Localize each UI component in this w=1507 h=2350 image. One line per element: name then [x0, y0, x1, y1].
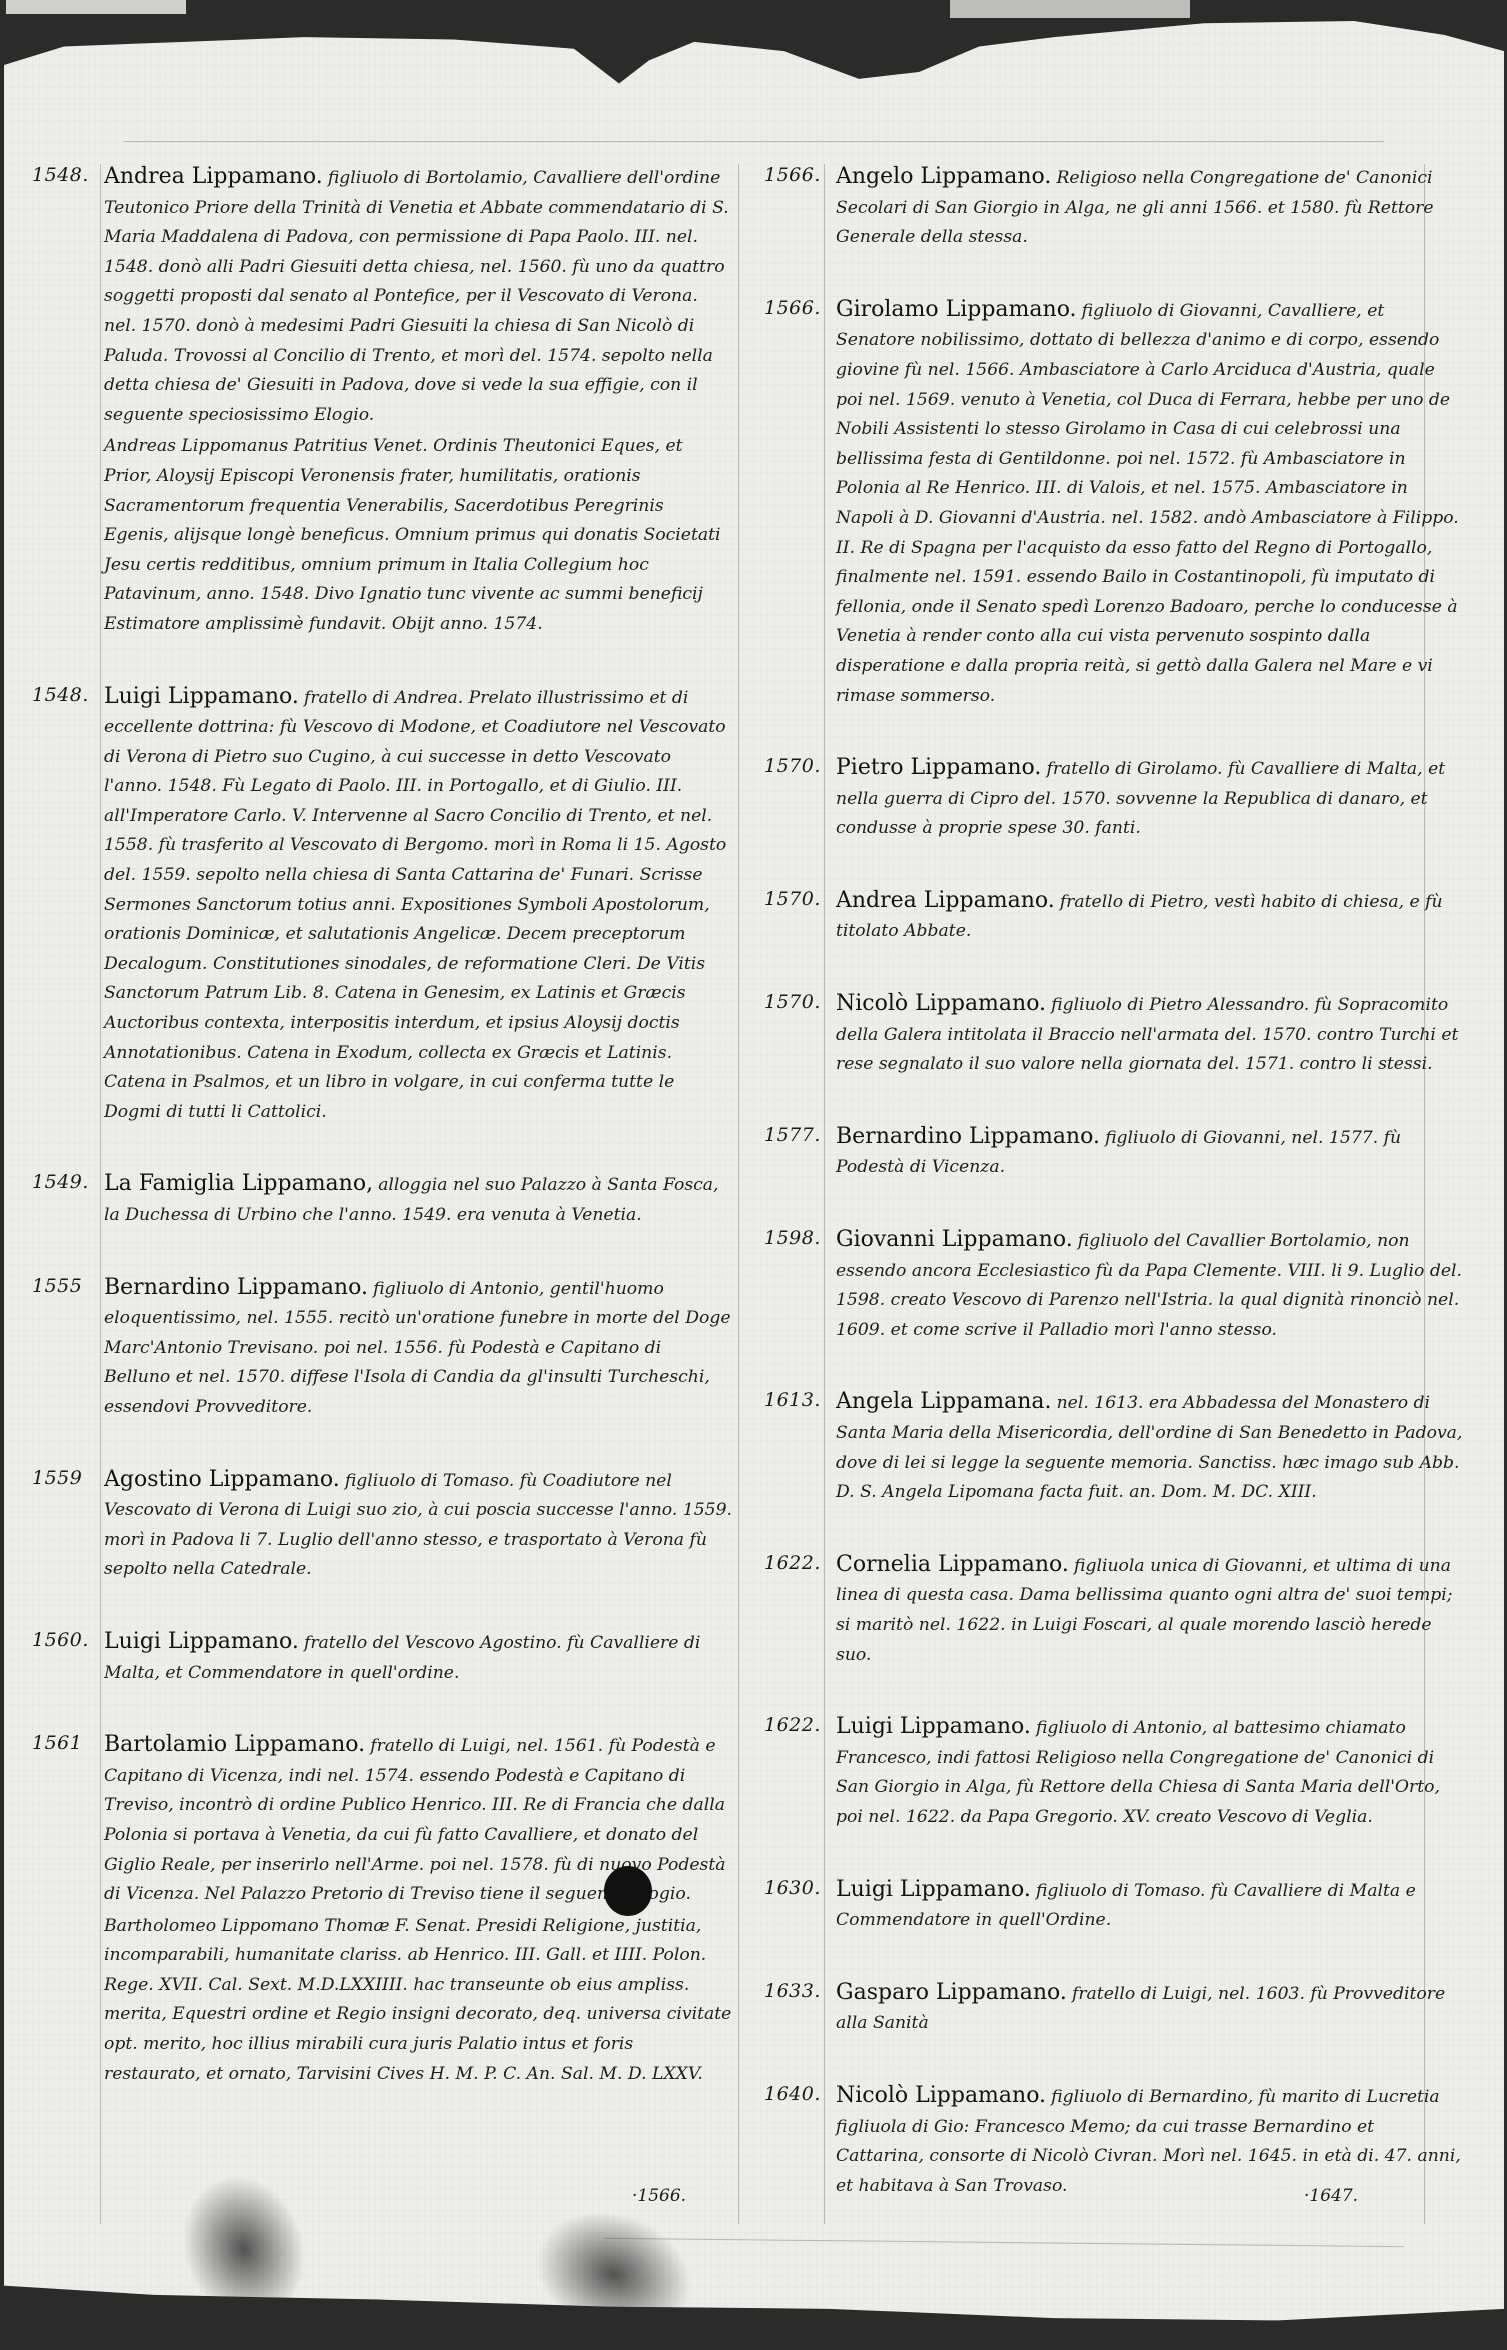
- entry-elogio: Andreas Lippomanus Patritius Venet. Ordi…: [104, 432, 732, 639]
- genealogy-entry: 1613. Angela Lippamana. nel. 1613. era A…: [764, 1389, 1464, 1507]
- genealogy-entry: 1630. Luigi Lippamano. figliuolo di Toma…: [764, 1877, 1464, 1936]
- entry-year: 1622.: [764, 1714, 834, 1736]
- entry-year: 1640.: [764, 2083, 834, 2105]
- entry-name: Agostino Lippamano.: [104, 1467, 340, 1492]
- genealogy-entry: 1559 Agostino Lippamano. figliuolo di To…: [32, 1467, 732, 1585]
- genealogy-entry: 1555 Bernardino Lippamano. figliuolo di …: [32, 1275, 732, 1423]
- entry-name: Andrea Lippamano.: [836, 888, 1055, 913]
- entry-year: 1548.: [32, 684, 102, 706]
- entry-name: Luigi Lippamano.: [836, 1877, 1031, 1902]
- entry-name: Pietro Lippamano.: [836, 755, 1041, 780]
- genealogy-entry: 1633. Gasparo Lippamano. fratello di Lui…: [764, 1980, 1464, 2039]
- entry-year: 1630.: [764, 1877, 834, 1899]
- entry-name: Luigi Lippamano.: [836, 1714, 1031, 1739]
- entry-name: La Famiglia Lippamano,: [104, 1171, 373, 1196]
- genealogy-entry: 1560. Luigi Lippamano. fratello del Vesc…: [32, 1629, 732, 1688]
- entry-name: Angela Lippamana.: [836, 1389, 1052, 1414]
- entry-year: 1633.: [764, 1980, 834, 2002]
- genealogy-entry: 1570. Nicolò Lippamano. figliuolo di Pie…: [764, 991, 1464, 1080]
- entry-year: 1559: [32, 1467, 102, 1489]
- entry-name: Giovanni Lippamano.: [836, 1227, 1073, 1252]
- entry-name: Luigi Lippamano.: [104, 1629, 299, 1654]
- scan-edge-tab-right: [950, 0, 1190, 18]
- right-column: 1566. Angelo Lippamano. Religioso nella …: [764, 164, 1464, 2245]
- genealogy-entry: 1640. Nicolò Lippamano. figliuolo di Ber…: [764, 2083, 1464, 2201]
- entry-year: 1560.: [32, 1629, 102, 1651]
- entry-year: 1613.: [764, 1389, 834, 1411]
- scan-edge-tab-left: [6, 0, 186, 14]
- entry-year: 1555: [32, 1275, 102, 1297]
- entry-year: 1561: [32, 1732, 102, 1754]
- entry-text: figliuolo di Bortolamio, Cavalliere dell…: [104, 168, 729, 425]
- entry-year: 1570.: [764, 888, 834, 910]
- entry-name: Girolamo Lippamano.: [836, 297, 1077, 322]
- right-page-number: ·1647.: [1304, 2186, 1358, 2206]
- entry-year: 1566.: [764, 297, 834, 319]
- entry-name: Andrea Lippamano.: [104, 164, 323, 189]
- entry-name: Gasparo Lippamano.: [836, 1980, 1067, 2005]
- entry-elogio: Bartholomeo Lippomano Thomæ F. Senat. Pr…: [104, 1912, 732, 2090]
- entry-name: Cornelia Lippamano.: [836, 1552, 1069, 1577]
- genealogy-entry: 1570. Andrea Lippamano. fratello di Piet…: [764, 888, 1464, 947]
- genealogy-entry: 1566. Angelo Lippamano. Religioso nella …: [764, 164, 1464, 253]
- entry-text: fratello di Andrea. Prelato illustrissim…: [104, 688, 726, 1122]
- entry-name: Nicolò Lippamano.: [836, 991, 1046, 1016]
- entry-name: Luigi Lippamano.: [104, 684, 299, 709]
- manuscript-page: 1548. Andrea Lippamano. figliuolo di Bor…: [4, 14, 1504, 2332]
- genealogy-entry: 1548. Luigi Lippamano. fratello di Andre…: [32, 684, 732, 1128]
- ink-stain-center: [518, 2190, 709, 2350]
- entry-year: 1570.: [764, 755, 834, 777]
- entry-year: 1548.: [32, 164, 102, 186]
- genealogy-entry: 1622. Cornelia Lippamano. figliuola unic…: [764, 1552, 1464, 1670]
- left-page-number: ·1566.: [632, 2186, 686, 2206]
- entry-text: figliuolo di Giovanni, Cavalliere, et Se…: [836, 301, 1459, 706]
- center-margin-rule: [738, 164, 739, 2224]
- entry-year: 1566.: [764, 164, 834, 186]
- genealogy-entry: 1566. Girolamo Lippamano. figliuolo di G…: [764, 297, 1464, 711]
- genealogy-entry: 1548. Andrea Lippamano. figliuolo di Bor…: [32, 164, 732, 640]
- genealogy-entry: 1549. La Famiglia Lippamano, alloggia ne…: [32, 1171, 732, 1230]
- entry-year: 1577.: [764, 1124, 834, 1146]
- genealogy-entry: 1598. Giovanni Lippamano. figliuolo del …: [764, 1227, 1464, 1345]
- entry-name: Nicolò Lippamano.: [836, 2083, 1046, 2108]
- genealogy-entry: 1622. Luigi Lippamano. figliuolo di Anto…: [764, 1714, 1464, 1832]
- entry-name: Bernardino Lippamano.: [104, 1275, 368, 1300]
- entry-name: Angelo Lippamano.: [836, 164, 1051, 189]
- ink-stain-left: [164, 2159, 324, 2339]
- entry-year: 1549.: [32, 1171, 102, 1193]
- entry-year: 1622.: [764, 1552, 834, 1574]
- entry-year: 1598.: [764, 1227, 834, 1249]
- entry-name: Bernardino Lippamano.: [836, 1124, 1100, 1149]
- ink-blot: [604, 1866, 652, 1916]
- genealogy-entry: 1570. Pietro Lippamano. fratello di Giro…: [764, 755, 1464, 844]
- left-column: 1548. Andrea Lippamano. figliuolo di Bor…: [32, 164, 732, 2133]
- entry-year: 1570.: [764, 991, 834, 1013]
- genealogy-entry: 1577. Bernardino Lippamano. figliuolo di…: [764, 1124, 1464, 1183]
- top-ruled-line: [124, 141, 1384, 142]
- entry-name: Bartolamio Lippamano.: [104, 1732, 365, 1757]
